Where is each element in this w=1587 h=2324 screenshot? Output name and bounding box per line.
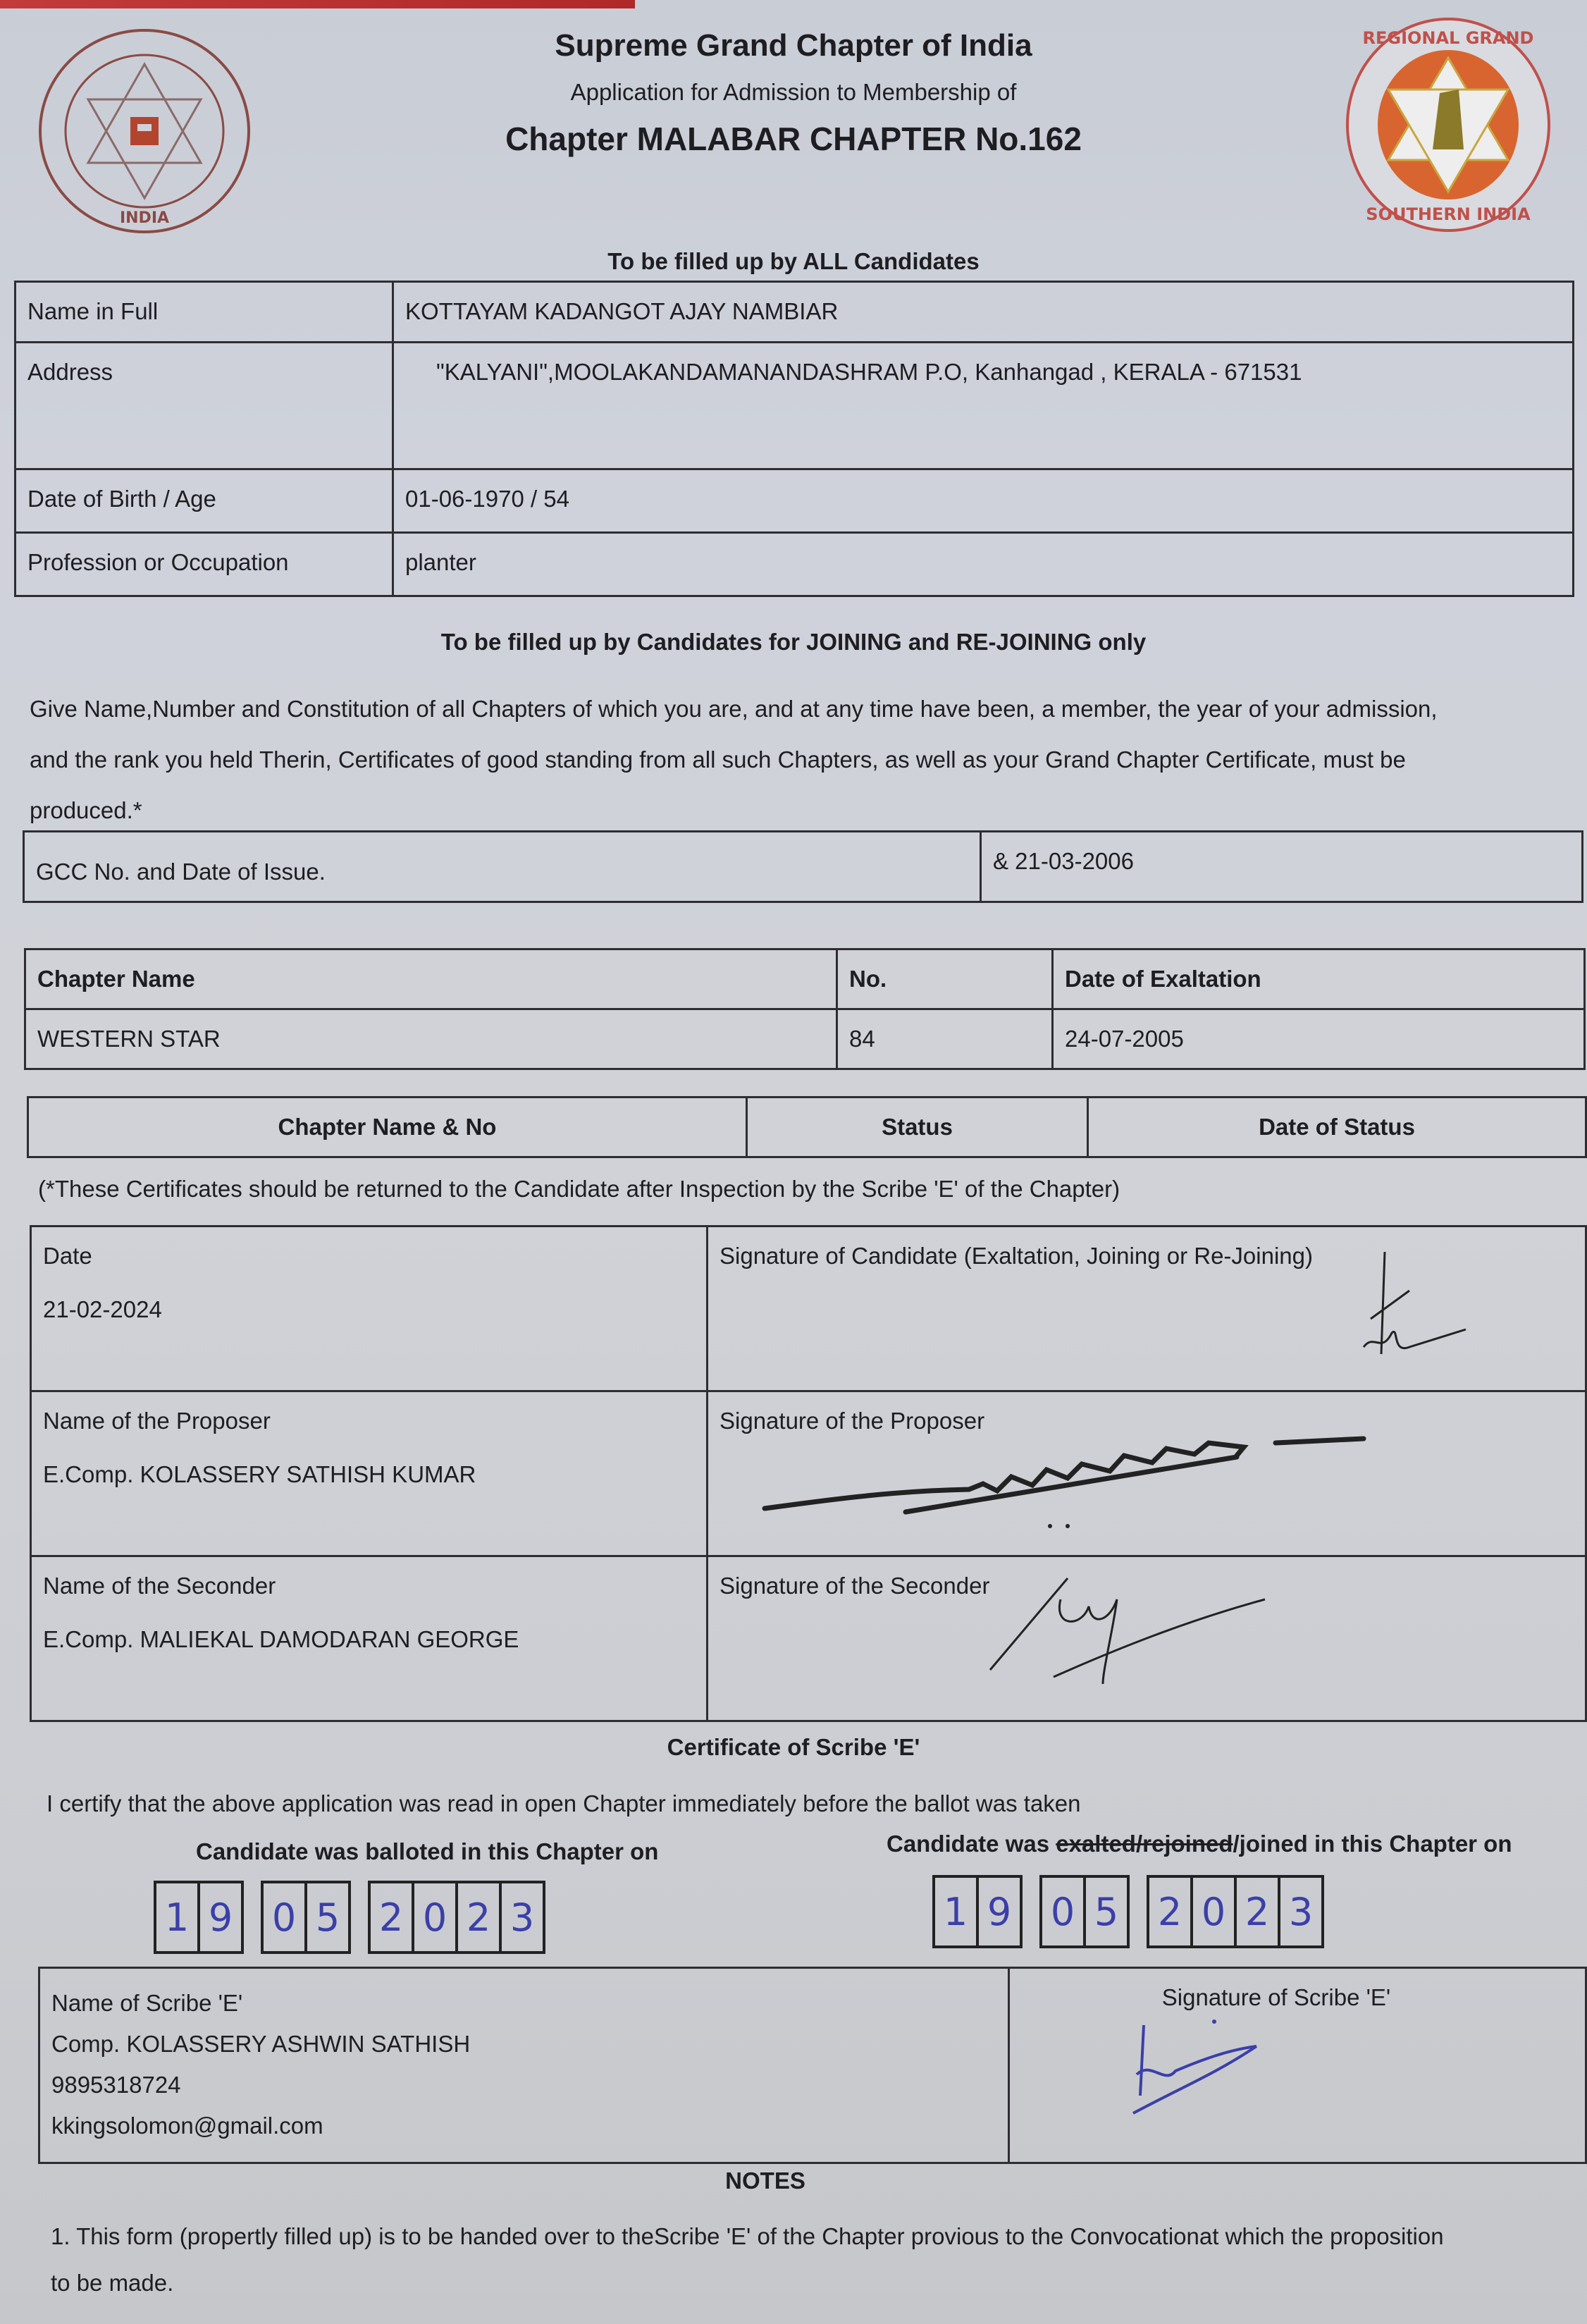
scribe-table: Name of Scribe 'E' Comp. KOLASSERY ASHWI… [38,1967,1587,2164]
field-gcc-date[interactable]: & 21-03-2006 [981,832,1583,902]
seconder-name-cell: Name of the Seconder E.Comp. MALIEKAL DA… [31,1556,708,1721]
table-row: Name of Scribe 'E' Comp. KOLASSERY ASHWI… [39,1968,1586,2163]
digit-box[interactable]: 2 [1234,1875,1280,1948]
cell-chapter-no[interactable]: 84 [837,1009,1053,1069]
field-name-in-full[interactable]: KOTTAYAM KADANGOT AJAY NAMBIAR [393,282,1574,343]
label-gcc: GCC No. and Date of Issue. [24,832,981,902]
seconder-signature-icon [976,1571,1293,1691]
label-proposer: Name of the Proposer [43,1408,695,1434]
svg-text:INDIA: INDIA [120,209,169,227]
field-profession[interactable]: planter [393,533,1574,596]
column-header-chapter-name: Chapter Name [25,949,837,1009]
section-title-joining: To be filled up by Candidates for JOININ… [0,629,1587,656]
table-row: GCC No. and Date of Issue. & 21-03-2006 [24,832,1583,902]
label-name-in-full: Name in Full [16,282,393,343]
background-edge [0,0,1587,8]
table-row: Address "KALYANI",MOOLAKANDAMANANDASHRAM… [16,343,1574,469]
label-profession: Profession or Occupation [16,533,393,596]
field-scribe-email[interactable]: kkingsolomon@gmail.com [51,2105,996,2146]
field-address[interactable]: "KALYANI",MOOLAKANDAMANANDASHRAM P.O, Ka… [393,343,1574,469]
table-header-row: Chapter Name & No Status Date of Status [28,1098,1586,1157]
balloted-date-boxes: 1 9 0 5 2 0 2 3 [156,1881,545,1954]
document-header: Supreme Grand Chapter of India Applicati… [0,28,1587,158]
column-header-date-of-status: Date of Status [1088,1098,1586,1157]
scribe-signature-icon [1123,2018,1334,2124]
field-scribe-name[interactable]: Comp. KOLASSERY ASHWIN SATHISH [51,2024,996,2065]
scribe-details-cell: Name of Scribe 'E' Comp. KOLASSERY ASHWI… [39,1968,1009,2163]
label-balloted-on: Candidate was balloted in this Chapter o… [196,1838,658,1865]
column-header-date-of-exaltation: Date of Exaltation [1053,949,1585,1009]
status-table: Chapter Name & No Status Date of Status [27,1096,1587,1158]
form-subtitle: Application for Admission to Membership … [0,79,1587,106]
field-seconder-name[interactable]: E.Comp. MALIEKAL DAMODARAN GEORGE [43,1626,695,1653]
table-row: Profession or Occupation planter [16,533,1574,596]
column-header-chapter-name-no: Chapter Name & No [28,1098,747,1157]
digit-box[interactable]: 3 [499,1881,545,1954]
field-date[interactable]: 21-02-2024 [43,1296,695,1323]
instruction-line: produced.* [30,785,1566,836]
instruction-line: and the rank you held Therin, Certificat… [30,734,1566,785]
digit-box[interactable]: 9 [976,1875,1023,1948]
joining-instructions: Give Name,Number and Constitution of all… [30,684,1566,836]
struck-out-text: exalted/rejoined [1056,1831,1233,1857]
table-row: Name of the Proposer E.Comp. KOLASSERY S… [31,1391,1586,1556]
gcc-table: GCC No. and Date of Issue. & 21-03-2006 [23,830,1583,903]
candidate-details-table: Name in Full KOTTAYAM KADANGOT AJAY NAMB… [14,281,1574,597]
field-proposer-name[interactable]: E.Comp. KOLASSERY SATHISH KUMAR [43,1461,695,1488]
signatures-table: Date 21-02-2024 Signature of Candidate (… [30,1225,1587,1722]
scribe-certification-statement: I certify that the above application was… [47,1790,1081,1817]
note-item: to be made. [51,2260,1587,2306]
digit-box[interactable]: 3 [1278,1875,1324,1948]
table-row: Date of Birth / Age 01-06-1970 / 54 [16,469,1574,533]
label-scribe-signature: Signature of Scribe 'E' [1021,1984,1574,2011]
date-cell: Date 21-02-2024 [31,1226,708,1391]
digit-box[interactable]: 5 [304,1881,351,1954]
digit-box[interactable]: 2 [455,1881,502,1954]
certificates-footnote: (*These Certificates should be returned … [38,1176,1120,1203]
note-item: 1. This form (propertly filled up) is to… [51,2213,1587,2260]
chapter-title: Chapter MALABAR CHAPTER No.162 [0,120,1587,158]
proposer-name-cell: Name of the Proposer E.Comp. KOLASSERY S… [31,1391,708,1556]
field-scribe-phone[interactable]: 9895318724 [51,2065,996,2105]
label-address: Address [16,343,393,469]
column-header-status: Status [747,1098,1088,1157]
table-row: Name of the Seconder E.Comp. MALIEKAL DA… [31,1556,1586,1721]
joined-date-boxes: 1 9 0 5 2 0 2 3 [935,1875,1324,1948]
digit-box[interactable]: 2 [368,1881,414,1954]
proposer-signature-cell[interactable]: Signature of the Proposer [708,1391,1586,1556]
label-scribe-name: Name of Scribe 'E' [51,1983,996,2024]
notes-title: NOTES [0,2168,1587,2194]
label-joined-on: Candidate was exalted/rejoined/joined in… [887,1831,1512,1857]
digit-box[interactable]: 0 [412,1881,458,1954]
section-title-scribe-certificate: Certificate of Scribe 'E' [0,1734,1587,1761]
cell-date-of-exaltation[interactable]: 24-07-2005 [1053,1009,1585,1069]
digit-box[interactable]: 0 [261,1881,307,1954]
digit-box[interactable]: 0 [1190,1875,1237,1948]
digit-box[interactable]: 2 [1147,1875,1193,1948]
svg-text:SOUTHERN INDIA: SOUTHERN INDIA [1366,204,1531,224]
notes-list: 1. This form (propertly filled up) is to… [51,2213,1587,2306]
section-title-all-candidates: To be filled up by ALL Candidates [0,248,1587,275]
label-dob-age: Date of Birth / Age [16,469,393,533]
scribe-signature-cell[interactable]: Signature of Scribe 'E' [1009,1968,1586,2163]
candidate-signature-icon [1342,1248,1483,1368]
label-date: Date [43,1243,695,1269]
table-row: Name in Full KOTTAYAM KADANGOT AJAY NAMB… [16,282,1574,343]
proposer-signature-icon [758,1406,1505,1547]
table-row: Date 21-02-2024 Signature of Candidate (… [31,1226,1586,1391]
candidate-signature-cell[interactable]: Signature of Candidate (Exaltation, Join… [708,1226,1586,1391]
digit-box[interactable]: 5 [1083,1875,1130,1948]
chapters-table: Chapter Name No. Date of Exaltation WEST… [24,948,1586,1070]
digit-box[interactable]: 9 [197,1881,244,1954]
org-title: Supreme Grand Chapter of India [0,28,1587,63]
label-seconder: Name of the Seconder [43,1573,695,1599]
digit-box[interactable]: 1 [932,1875,979,1948]
instruction-line: Give Name,Number and Constitution of all… [30,684,1566,734]
digit-box[interactable]: 1 [154,1881,200,1954]
seconder-signature-cell[interactable]: Signature of the Seconder [708,1556,1586,1721]
digit-box[interactable]: 0 [1039,1875,1086,1948]
column-header-no: No. [837,949,1053,1009]
table-row: WESTERN STAR 84 24-07-2005 [25,1009,1585,1069]
cell-chapter-name[interactable]: WESTERN STAR [25,1009,837,1069]
field-dob-age[interactable]: 01-06-1970 / 54 [393,469,1574,533]
table-header-row: Chapter Name No. Date of Exaltation [25,949,1585,1009]
